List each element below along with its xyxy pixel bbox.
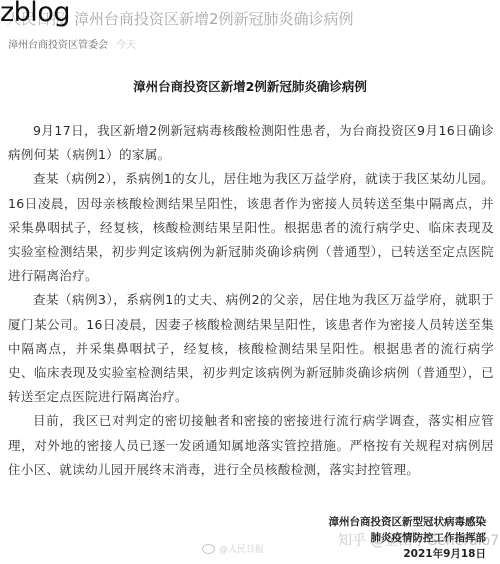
paragraph-1: 9月17日，我区新增2例新冠病毒核酸检测阳性患者，为台商投资区9月16日确诊病例…	[8, 119, 494, 167]
weibo-watermark-text: @人民日报	[219, 542, 264, 555]
weibo-icon	[202, 544, 215, 554]
source-account[interactable]: 漳州台商投资区管委会	[8, 40, 108, 51]
weibo-watermark: @人民日报	[202, 542, 264, 555]
paragraph-2: 查某（病例2），系病例1的女儿，居住地为我区万益学府，就读于我区某幼儿园。16日…	[8, 167, 494, 288]
document-body: 9月17日，我区新增2例新冠病毒核酸检测阳性患者，为台商投资区9月16日确诊病例…	[8, 119, 494, 482]
signature-org-line2: 肺炎疫情防控工作指挥部	[329, 530, 487, 546]
article-meta: 漳州台商投资区管委会今天	[8, 39, 136, 53]
signature-block: 漳州台商投资区新型冠状病毒感染 肺炎疫情防控工作指挥部 2021年9月18日	[329, 514, 487, 562]
signature-org-line1: 漳州台商投资区新型冠状病毒感染	[329, 514, 487, 530]
document-title: 漳州台商投资区新增2例新冠肺炎确诊病例	[0, 78, 500, 96]
paragraph-3: 查某（病例3），系病例1的丈夫、病例2的父亲，居住地为我区万益学府，就职于厦门某…	[8, 288, 494, 409]
header-title-text: 漳州台商投资区新增2例新冠肺炎确诊病例	[74, 10, 354, 28]
publish-time: 今天	[116, 40, 136, 51]
site-logo[interactable]: zblog	[0, 0, 70, 30]
paragraph-4: 目前，我区已对判定的密切接触者和密接的密接进行流行病学调查，落实相应管理，对外地…	[8, 409, 494, 482]
signature-date: 2021年9月18日	[329, 546, 487, 562]
